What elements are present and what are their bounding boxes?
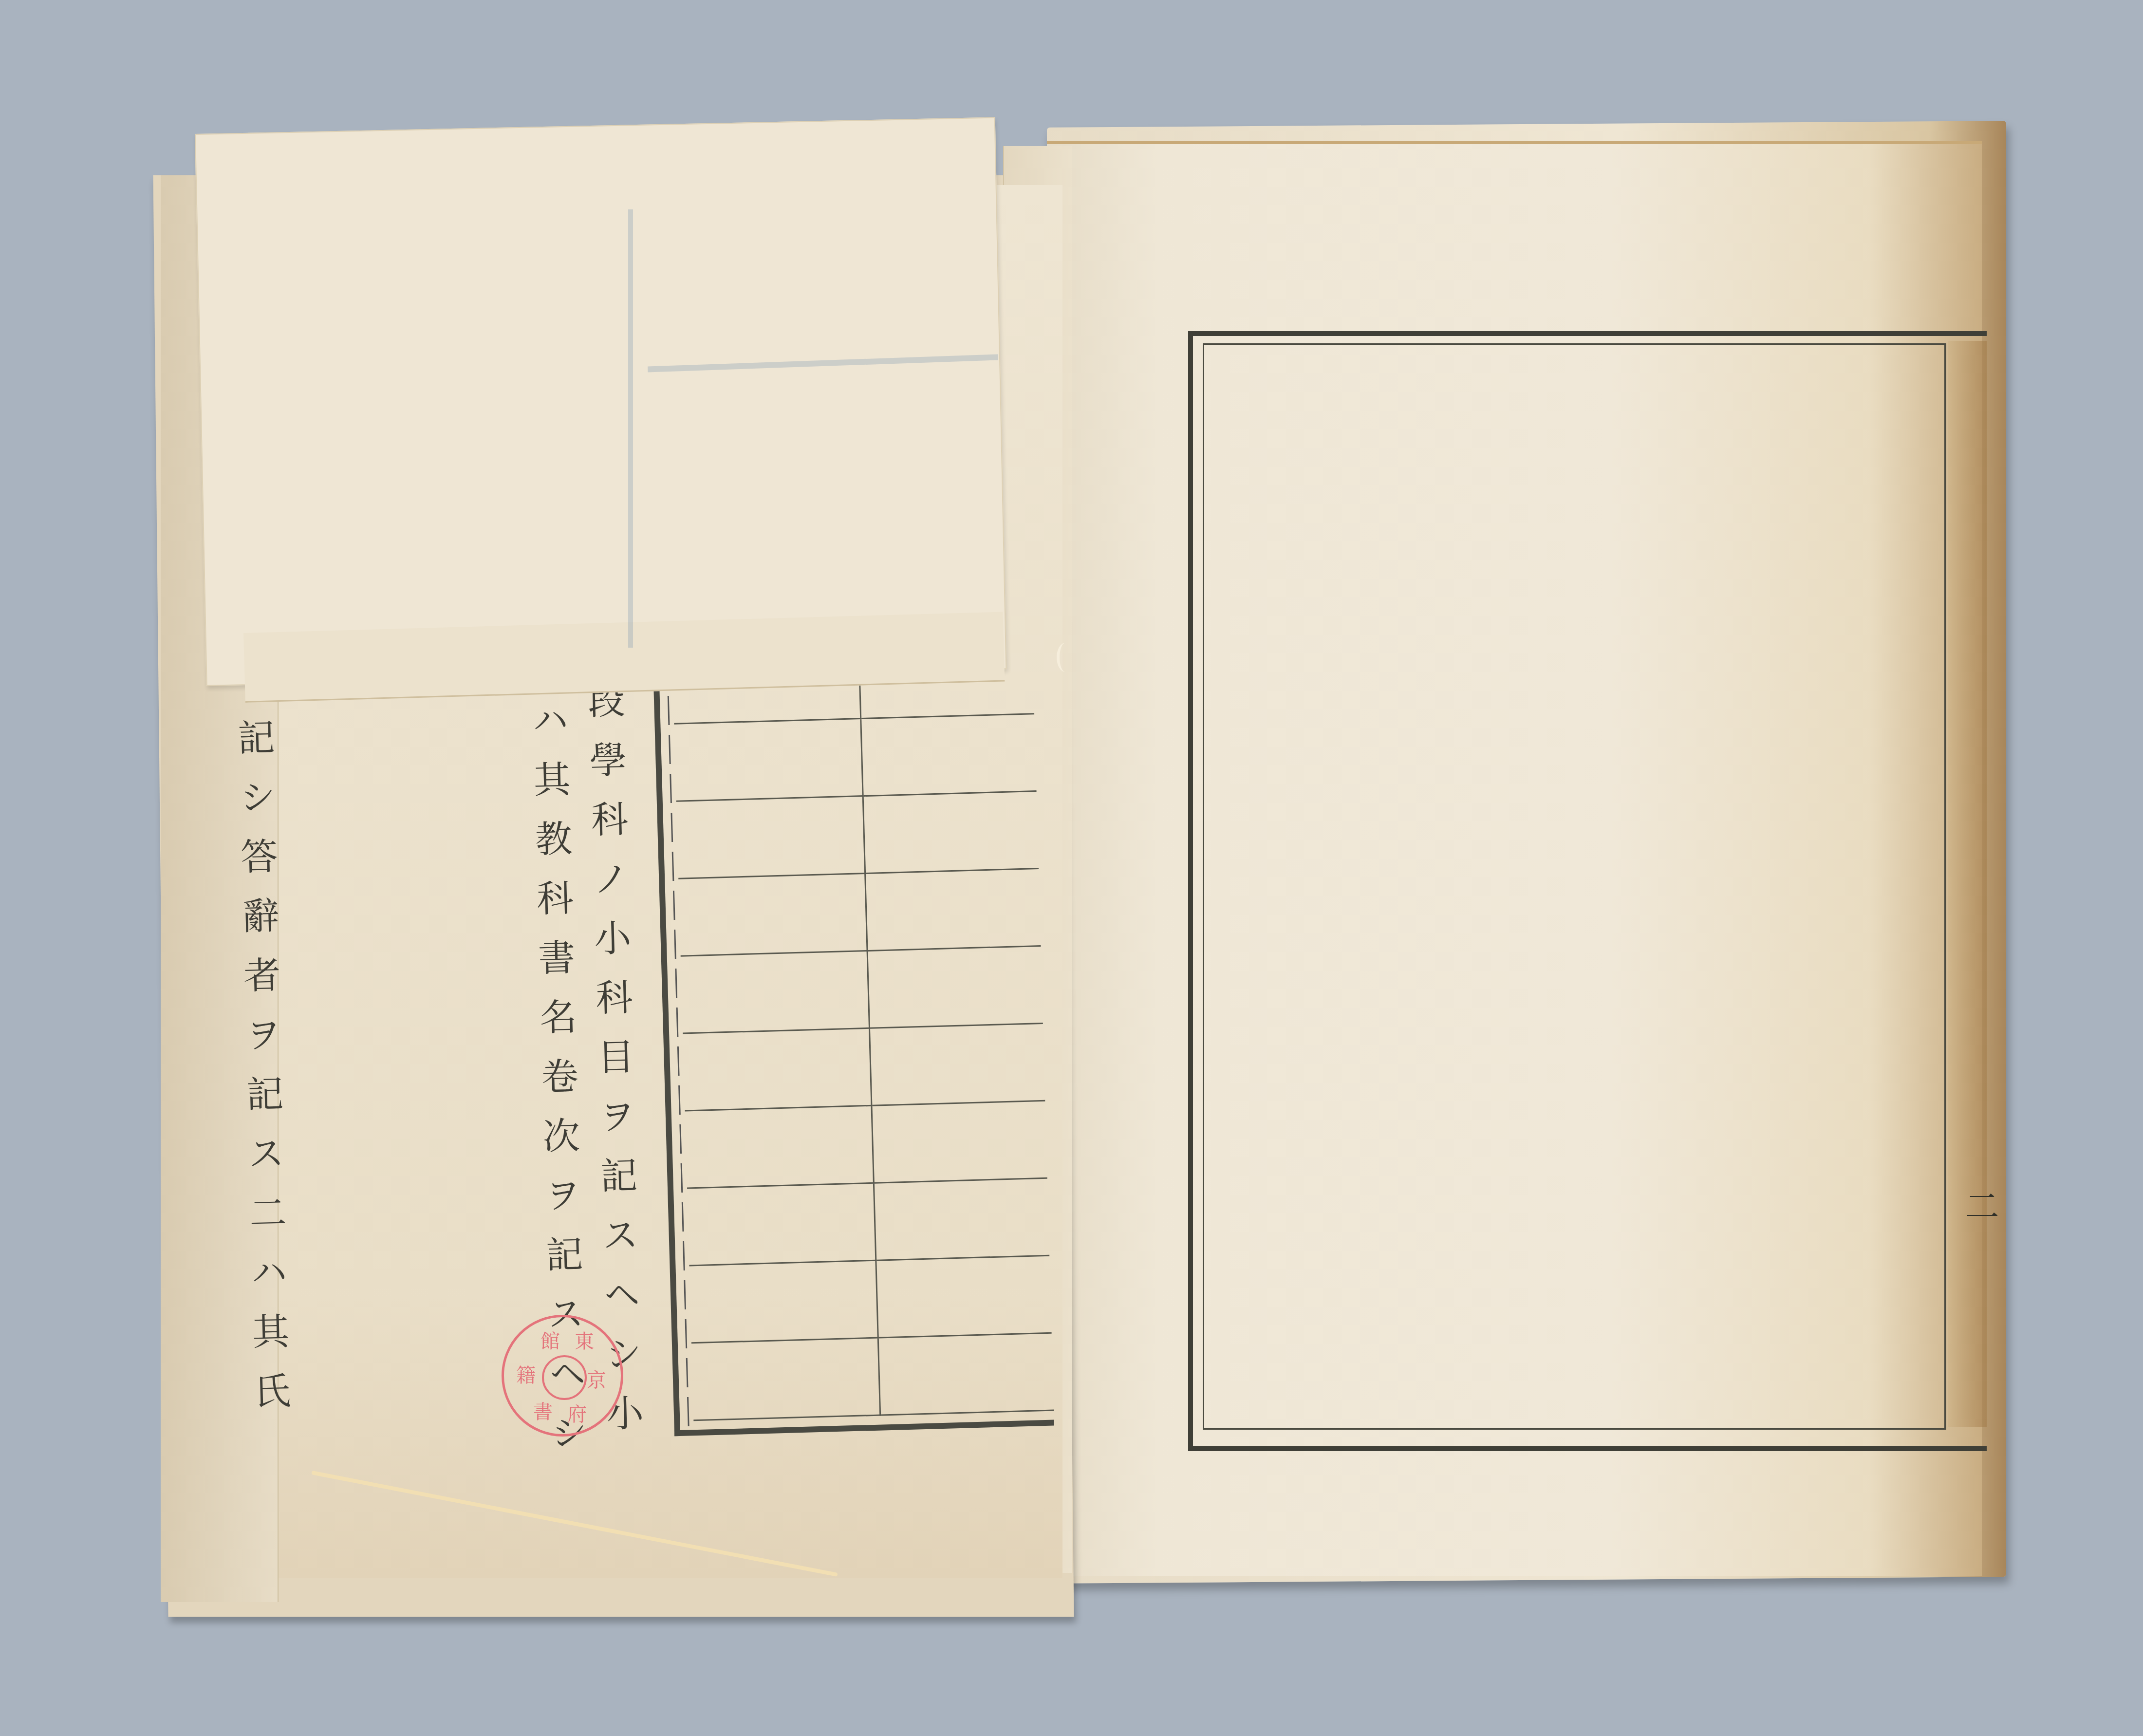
binding-fiber [1057,643,1074,672]
right-page-inner-frame [1203,343,1946,1430]
seal-char: 書 [533,1402,553,1422]
seal-char: 籍 [516,1366,536,1385]
table-cell [687,1184,876,1267]
bleed-through-line [628,209,633,648]
seal-char: 京 [587,1371,606,1390]
table-cell [876,1256,1051,1339]
table-cell [866,869,1041,952]
page-number: 二 [1962,1188,1996,1222]
table-cell [861,714,1036,797]
table-cell [689,1261,879,1344]
table-cell [864,792,1039,874]
fore-edge-column [1948,341,1987,1427]
table-cell [868,947,1043,1029]
table-cell [685,1106,875,1189]
table-cell [681,952,870,1034]
seal-char: 東 [575,1332,594,1351]
table-cell [683,1029,872,1112]
table-cell [691,1339,881,1421]
table-cell [674,719,863,802]
seal-char: 館 [540,1332,560,1351]
table-cell [879,1334,1054,1416]
table-cell [676,797,866,879]
table-cell [872,1101,1047,1184]
table-cell [870,1024,1045,1106]
folded-insert-sheet [195,117,1006,686]
table-cell [678,874,868,957]
library-seal: 東 京 府 書 籍 館 [502,1315,623,1437]
table-cell [875,1179,1049,1261]
seal-inner-ring [542,1355,587,1400]
register-table [652,637,1064,1437]
table-grid [672,637,1054,1421]
seal-char: 府 [567,1405,587,1424]
